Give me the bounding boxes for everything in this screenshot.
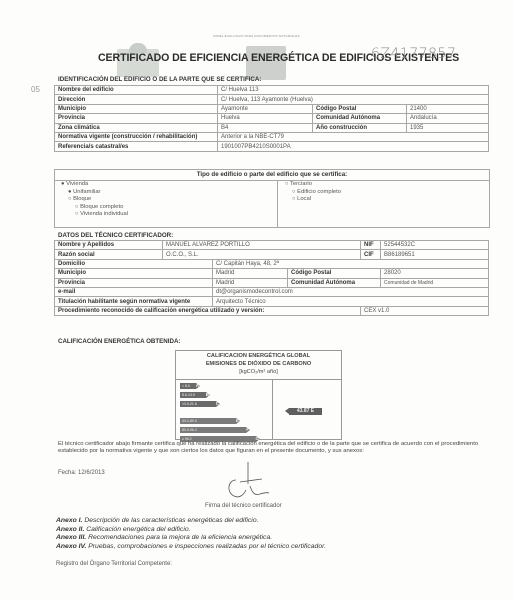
domicile-value: C/ Capitán Haya, 48, 2ª [213, 259, 489, 268]
column-divider [277, 181, 278, 227]
serial-number: 6Z4177857 [371, 46, 456, 62]
energy-scale-bar-e: 33.2-80.0E [180, 418, 236, 424]
technician-table: Nombre y Apellidos MANUEL ALVAREZ PORTIL… [54, 240, 489, 316]
annex-item: Anexo I. Descripción de las característi… [56, 517, 326, 526]
table-row: Normativa vigente (construcción / rehabi… [55, 132, 489, 141]
tech-name-label: Nombre y Apellidos [55, 241, 163, 250]
degree-label: Titulación habilitante según normativa v… [55, 297, 213, 306]
tech-community-label: Comunidad Autónoma [288, 278, 381, 287]
community-value: Andalucía [407, 114, 489, 123]
municipality-value: Ayamonte [218, 104, 313, 113]
building-name-value: C/ Huelva 113 [218, 86, 489, 95]
province-value: Huelva [218, 114, 313, 123]
building-section-heading: IDENTIFICACIÓN DEL EDIFICIO O DE LA PART… [58, 76, 261, 83]
address-label: Dirección [55, 95, 218, 104]
cadastral-value: 1901007PB4210S0001PA [218, 142, 489, 151]
postal-code-value: 21400 [407, 104, 489, 113]
table-row: Provincia Madrid Comunidad Autónoma Comu… [55, 278, 489, 287]
signature [222, 462, 272, 504]
declaration-text: El técnico certificador abajo firmante c… [58, 441, 498, 454]
annex-item: Anexo IV. Pruebas, comprobaciones e insp… [56, 543, 326, 552]
nif-label: NIF [361, 241, 381, 250]
province-label: Provincia [55, 114, 218, 123]
building-type-option: ● Vivienda [61, 181, 128, 189]
declaration-date: Fecha: 12/6/2013 [58, 470, 105, 476]
tech-postal-label: Código Postal [288, 269, 381, 278]
table-row: Referencia/s catastral/es 1901007PB4210S… [55, 142, 489, 151]
table-row: Razón social O.C.O., S.L. CIF B86189651 [55, 250, 489, 259]
rating-box-header: CALIFICACION ENERGÉTICA GLOBAL EMISIONES… [176, 351, 341, 380]
table-row: Zona climática B4 Año construcción 1935 [55, 123, 489, 132]
regulation-value: Anterior a la NBE-CT79 [218, 132, 489, 141]
building-type-option: ○ Bloque [61, 196, 128, 204]
building-type-right-list: ○ Terciario○ Edificio completo○ Local [285, 181, 341, 204]
building-table: Nombre del edificio C/ Huelva 113 Direcc… [54, 85, 489, 152]
tech-municipality-value: Madrid [213, 269, 288, 278]
energy-scale-bar-c: 13.9-21.6C [180, 401, 216, 407]
energy-scale-bar-b: 8.6-13.9B [180, 392, 206, 398]
procedure-value: CEX v1.0 [361, 306, 489, 315]
company-value: O.C.O., S.L. [163, 250, 361, 259]
building-type-option: ○ Vivienda individual [61, 211, 128, 219]
building-type-option: ○ Edificio completo [285, 189, 341, 197]
cif-value: B86189651 [381, 250, 489, 259]
tech-municipality-label: Municipio [55, 269, 213, 278]
table-row: Nombre y Apellidos MANUEL ALVAREZ PORTIL… [55, 241, 489, 250]
annex-item: Anexo III. Recomendaciones para la mejor… [56, 534, 326, 543]
municipality-label: Municipio [55, 104, 218, 113]
table-row: Procedimiento reconocido de calificación… [55, 306, 489, 315]
company-label: Razón social [55, 250, 163, 259]
address-value: C/ Huelva, 113 Ayamonte (Huelva) [218, 95, 489, 104]
tech-province-value: Madrid [213, 278, 288, 287]
rating-box-title: CALIFICACION ENERGÉTICA GLOBAL [176, 352, 341, 360]
regulation-label: Normativa vigente (construcción / rehabi… [55, 132, 218, 141]
rating-box-subtitle: EMISIONES DE DIÓXIDO DE CARBONO [176, 360, 341, 368]
energy-scale-bar-f: 80.0-96.2F [180, 427, 246, 433]
signature-label: Firma del técnico certificador [205, 503, 282, 509]
building-type-left-list: ● Vivienda● Unifamiliar○ Bloque○ Bloque … [61, 181, 128, 219]
rating-box-divider [272, 379, 273, 439]
building-type-box: Tipo de edificio o parte del edificio qu… [54, 169, 490, 228]
tech-province-label: Provincia [55, 278, 213, 287]
building-type-option: ○ Bloque completo [61, 204, 128, 212]
climate-zone-value: B4 [218, 123, 313, 132]
procedure-label: Procedimiento reconocido de calificación… [55, 306, 361, 315]
building-type-option: ● Unifamiliar [61, 189, 128, 197]
tech-name-value: MANUEL ALVAREZ PORTILLO [163, 241, 361, 250]
domicile-label: Domicilio [55, 259, 213, 268]
rating-section-heading: CALIFICACIÓN ENERGÉTICA OBTENIDA: [58, 338, 181, 345]
annex-list: Anexo I. Descripción de las característi… [56, 517, 326, 551]
table-row: Provincia Huelva Comunidad Autónoma Anda… [55, 114, 489, 123]
tech-community-value: Comunidad de Madrid [381, 278, 489, 287]
construction-year-label: Año construcción [313, 123, 407, 132]
table-row: Dirección C/ Huelva, 113 Ayamonte (Huelv… [55, 95, 489, 104]
watermark [250, 292, 257, 315]
paper-notice: PAPEL EXCLUSIVO PARA DOCUMENTOS NOTARIAL… [0, 34, 513, 38]
energy-scale-bar-a: < 8.6A [180, 383, 196, 389]
registry-label: Registro del Órgano Territorial Competen… [56, 561, 172, 567]
table-row: e-mail dt@organismodecontrol.com [55, 287, 489, 296]
margin-number: 05 [31, 85, 40, 94]
table-row: Domicilio C/ Capitán Haya, 48, 2ª [55, 259, 489, 268]
energy-rating-box: CALIFICACION ENERGÉTICA GLOBAL EMISIONES… [175, 350, 342, 440]
cif-label: CIF [361, 250, 381, 259]
email-label: e-mail [55, 287, 213, 296]
climate-zone-label: Zona climática [55, 123, 218, 132]
construction-year-value: 1935 [407, 123, 489, 132]
annex-item: Anexo II. Calificación energética del ed… [56, 526, 326, 535]
building-type-heading: Tipo de edificio o parte del edificio qu… [55, 170, 489, 181]
rating-box-unit: [kgCO₂/m² año] [176, 368, 341, 376]
building-type-option: ○ Terciario [285, 181, 341, 189]
community-label: Comunidad Autónoma [313, 114, 407, 123]
postal-code-label: Código Postal [313, 104, 407, 113]
technician-section-heading: DATOS DEL TÉCNICO CERTIFICADOR: [58, 232, 173, 239]
building-name-label: Nombre del edificio [55, 86, 218, 95]
table-row: Municipio Madrid Código Postal 28020 [55, 269, 489, 278]
table-row: Municipio Ayamonte Código Postal 21400 [55, 104, 489, 113]
rating-indicator: 43.87 E [289, 408, 322, 415]
building-type-option: ○ Local [285, 196, 341, 204]
tech-postal-value: 28020 [381, 269, 489, 278]
table-row: Nombre del edificio C/ Huelva 113 [55, 86, 489, 95]
nif-value: 52544532C [381, 241, 489, 250]
table-row: Titulación habilitante según normativa v… [55, 297, 489, 306]
cadastral-label: Referencia/s catastral/es [55, 142, 218, 151]
